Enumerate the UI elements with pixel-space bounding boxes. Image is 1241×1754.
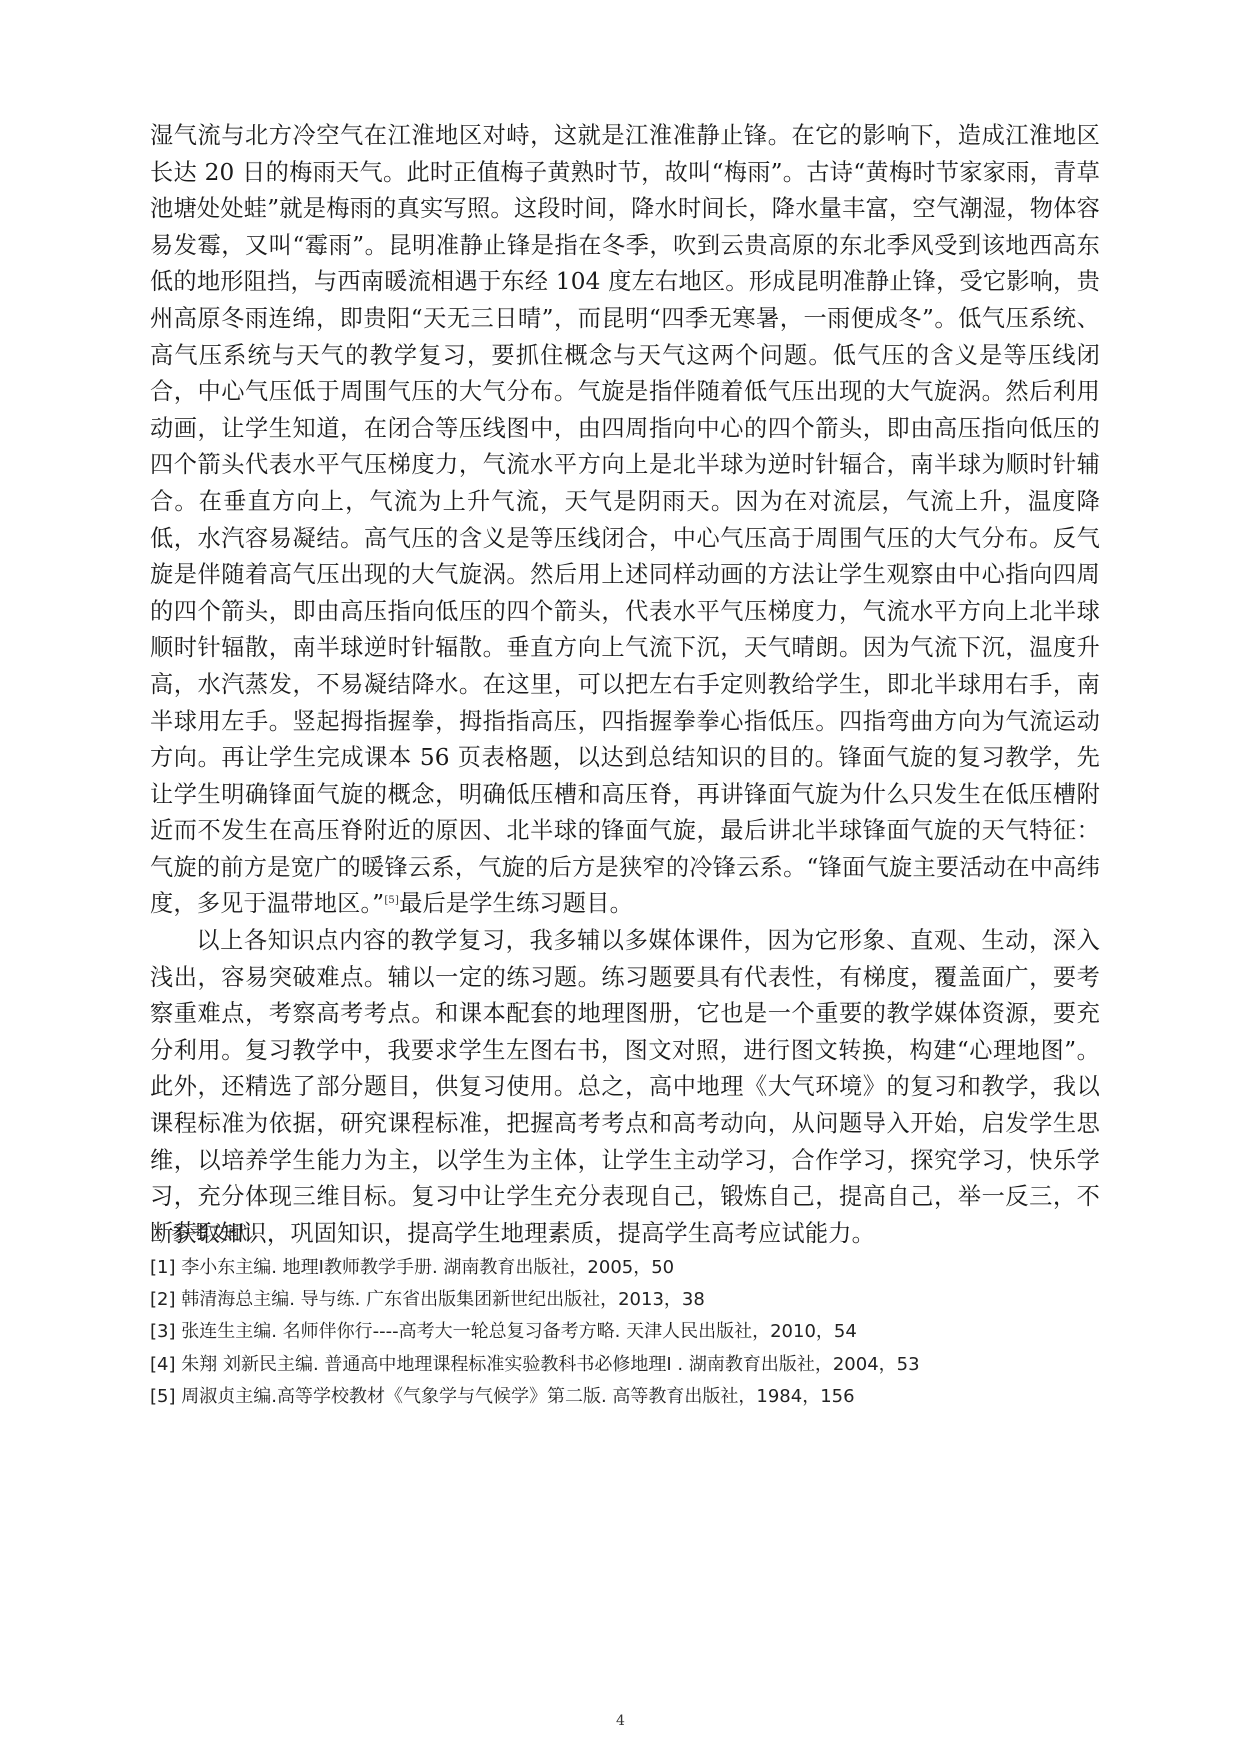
document-page: 湿气流与北方冷空气在江淮地区对峙，这就是江淮准静止锋。在它的影响下，造成江淮地区…	[0, 0, 1241, 1754]
reference-item-1: [1] 李小东主编. 地理Ⅰ教师教学手册. 湖南教育出版社，2005，50	[150, 1252, 1130, 1284]
page-number: 4	[0, 1713, 1241, 1729]
citation-marker: [5]	[384, 895, 399, 906]
reference-item-4: [4] 朱翔 刘新民主编. 普通高中地理课程标准实验教科书必修地理Ⅰ . 湖南教…	[150, 1349, 1130, 1381]
references-list: [1] 李小东主编. 地理Ⅰ教师教学手册. 湖南教育出版社，2005，50 [2…	[150, 1252, 1130, 1413]
reference-item-5: [5] 周淑贞主编.高等学校教材《气象学与气候学》第二版. 高等教育出版社，19…	[150, 1381, 1130, 1413]
paragraph-1-text: 湿气流与北方冷空气在江淮地区对峙，这就是江淮准静止锋。在它的影响下，造成江淮地区…	[150, 122, 1100, 917]
body-text: 湿气流与北方冷空气在江淮地区对峙，这就是江淮准静止锋。在它的影响下，造成江淮地区…	[150, 118, 1100, 1252]
references-heading: 参考文献	[171, 1218, 247, 1245]
paragraph-teaching-summary: 以上各知识点内容的教学复习，我多辅以多媒体课件，因为它形象、直观、生动，深入浅出…	[150, 923, 1100, 1252]
paragraph-weather-systems: 湿气流与北方冷空气在江淮地区对峙，这就是江淮准静止锋。在它的影响下，造成江淮地区…	[150, 118, 1100, 923]
reference-item-3: [3] 张连生主编. 名师伴你行----高考大一轮总复习备考方略. 天津人民出版…	[150, 1316, 1130, 1348]
reference-item-2: [2] 韩清海总主编. 导与练. 广东省出版集团新世纪出版社，2013，38	[150, 1284, 1130, 1316]
paragraph-1-tail: 最后是学生练习题目。	[399, 890, 633, 917]
